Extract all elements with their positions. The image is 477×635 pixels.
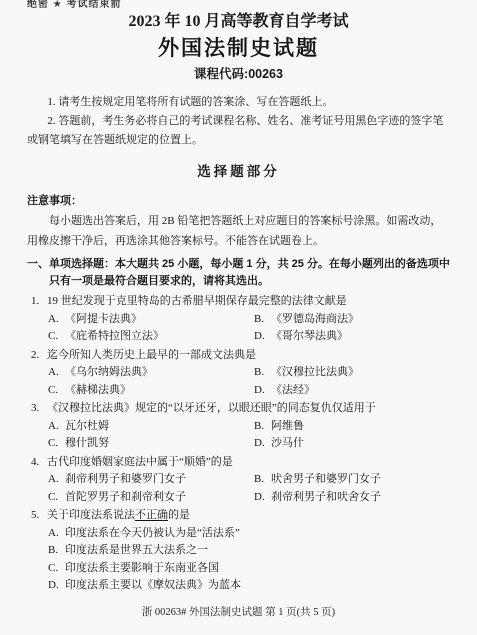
option-C: C.《赫梯法典》 — [48, 382, 254, 400]
option-C: C.穆什凯努 — [48, 435, 254, 453]
options: A.印度法系在今天仍被认为是“活法系”B.印度法系是世界五大法系之一C.印度法系… — [48, 525, 450, 595]
option-text: 首陀罗男子和刹帝利女子 — [65, 491, 186, 503]
options: A.瓦尔杜姆B.阿维鲁C.穆什凯努D.沙马什 — [48, 418, 450, 453]
option-text: 《庇希特拉图立法》 — [65, 330, 164, 342]
option-label: B. — [254, 418, 271, 436]
option-text: 《罗德岛海商法》 — [271, 313, 359, 325]
option-label: A. — [48, 311, 65, 329]
options: A.刹帝利男子和婆罗门女子B.吠舍男子和婆罗门女子C.首陀罗男子和刹帝利女子D.… — [48, 471, 450, 506]
option-text: 瓦尔杜姆 — [65, 420, 109, 432]
option-text: 《法经》 — [271, 384, 315, 396]
instruction-item-1: 1. 请考生按规定用笔将所有试题的答案涂、写在答题纸上。 — [27, 93, 450, 112]
option-label: B. — [254, 364, 271, 382]
stem-text: 不正确 — [135, 509, 168, 521]
question-stem: 2.迄今所知人类历史上最早的一部成文法典是 — [31, 347, 450, 365]
option-B: B.印度法系是世界五大法系之一 — [48, 542, 450, 560]
option-label: C. — [48, 560, 65, 578]
option-label: A. — [48, 364, 65, 382]
option-text: 刹帝利男子和吠舍女子 — [271, 491, 381, 503]
option-C: C.印度法系主要影响于东南亚各国 — [48, 560, 450, 578]
stem-text: 19 世纪发现于克里特岛的古希腊早期保存最完整的法律文献是 — [47, 295, 347, 307]
option-text: 阿维鲁 — [271, 420, 304, 432]
question-number: 3. — [31, 400, 47, 418]
option-B: B.吠舍男子和婆罗门女子 — [254, 471, 450, 489]
option-label: C. — [48, 328, 65, 346]
option-D: D.《法经》 — [254, 382, 450, 400]
option-A: A.刹帝利男子和婆罗门女子 — [48, 471, 254, 489]
option-text: 穆什凯努 — [65, 437, 109, 449]
question-3: 3.《汉穆拉比法典》规定的“以牙还牙，以眼还眼”的同态复仇仅适用于A.瓦尔杜姆B… — [31, 400, 450, 453]
question-4: 4.古代印度婚姻家庭法中属于“顺婚”的是A.刹帝利男子和婆罗门女子B.吠舍男子和… — [31, 454, 450, 507]
instruction-item-2: 2. 答题前，考生务必将自己的考试课程名称、姓名、准考证号用黑色字迹的签字笔或钢… — [27, 112, 450, 150]
option-label: D. — [254, 489, 271, 507]
option-B: B.阿维鲁 — [254, 418, 450, 436]
option-text: 刹帝利男子和婆罗门女子 — [65, 473, 186, 485]
question-stem: 1.19 世纪发现于克里特岛的古希腊早期保存最完整的法律文献是 — [31, 293, 450, 311]
section-number: 一、 — [27, 258, 49, 270]
stem-text: 迄今所知人类历史上最早的一部成文法典是 — [47, 349, 256, 361]
option-text: 印度法系主要以《摩奴法典》为蓝本 — [65, 579, 241, 591]
stem-text: 古代印度婚姻家庭法中属于“顺婚”的是 — [47, 456, 233, 468]
question-1: 1.19 世纪发现于克里特岛的古希腊早期保存最完整的法律文献是A.《阿提卡法典》… — [31, 293, 450, 346]
question-5: 5.关于印度法系说法不正确的是A.印度法系在今天仍被认为是“活法系”B.印度法系… — [31, 507, 450, 595]
course-code: 课程代码:00263 — [27, 66, 450, 82]
option-label: C. — [48, 382, 65, 400]
option-label: D. — [254, 435, 271, 453]
question-2: 2.迄今所知人类历史上最早的一部成文法典是A.《乌尔纳姆法典》B.《汉穆拉比法典… — [31, 347, 450, 400]
exam-title: 外国法制史试题 — [27, 35, 450, 63]
question-number: 1. — [31, 293, 47, 311]
option-text: 印度法系是世界五大法系之一 — [65, 544, 208, 556]
option-label: D. — [254, 382, 271, 400]
question-number: 5. — [31, 507, 47, 525]
exam-page: 绝密 ★ 考试结束前 2023 年 10 月高等教育自学考试 外国法制史试题 课… — [0, 0, 477, 635]
option-label: B. — [254, 471, 271, 489]
page-footer: 浙 00263# 外国法制史试题 第 1 页(共 5 页) — [0, 604, 477, 619]
option-A: A.瓦尔杜姆 — [48, 418, 254, 436]
option-label: D. — [48, 577, 65, 595]
option-text: 吠舍男子和婆罗门女子 — [271, 473, 381, 485]
option-label: A. — [48, 471, 65, 489]
exam-header: 2023 年 10 月高等教育自学考试 外国法制史试题 课程代码:00263 — [27, 0, 450, 82]
question-number: 4. — [31, 454, 47, 472]
option-C: C.《庇希特拉图立法》 — [48, 328, 254, 346]
option-text: 沙马什 — [271, 437, 304, 449]
part-title: 选择题部分 — [27, 163, 450, 181]
option-A: A.《乌尔纳姆法典》 — [48, 364, 254, 382]
option-label: A. — [48, 418, 65, 436]
notes-body: 每小题选出答案后，用 2B 铅笔把答题纸上对应题目的答案标号涂黑。如需改动，用橡… — [27, 212, 450, 251]
option-label: A. — [48, 525, 65, 543]
option-B: B.《罗德岛海商法》 — [254, 311, 450, 329]
option-text: 《赫梯法典》 — [65, 384, 131, 396]
option-D: D.刹帝利男子和吠舍女子 — [254, 489, 450, 507]
option-text: 《哥尔琴法典》 — [271, 330, 348, 342]
option-D: D.《哥尔琴法典》 — [254, 328, 450, 346]
section-header: 一、单项选择题：本大题共 25 小题，每小题 1 分，共 25 分。在每小题列出… — [27, 256, 450, 289]
questions-list: 1.19 世纪发现于克里特岛的古希腊早期保存最完整的法律文献是A.《阿提卡法典》… — [31, 293, 450, 595]
general-instructions: 1. 请考生按规定用笔将所有试题的答案涂、写在答题纸上。 2. 答题前，考生务必… — [27, 93, 450, 150]
question-stem: 5.关于印度法系说法不正确的是 — [31, 507, 450, 525]
option-text: 《阿提卡法典》 — [65, 313, 142, 325]
option-A: A.印度法系在今天仍被认为是“活法系” — [48, 525, 450, 543]
security-classification-label: 绝密 ★ 考试结束前 — [27, 0, 122, 10]
option-label: B. — [254, 311, 271, 329]
stem-text: 《汉穆拉比法典》规定的“以牙还牙，以眼还眼”的同态复仇仅适用于 — [47, 402, 376, 414]
stem-text: 的是 — [168, 509, 190, 521]
option-label: B. — [48, 542, 65, 560]
question-stem: 4.古代印度婚姻家庭法中属于“顺婚”的是 — [31, 454, 450, 472]
option-label: D. — [254, 328, 271, 346]
option-text: 《汉穆拉比法典》 — [271, 366, 359, 378]
options: A.《乌尔纳姆法典》B.《汉穆拉比法典》C.《赫梯法典》D.《法经》 — [48, 364, 450, 399]
option-B: B.《汉穆拉比法典》 — [254, 364, 450, 382]
option-label: C. — [48, 435, 65, 453]
option-text: 印度法系在今天仍被认为是“活法系” — [65, 527, 240, 539]
stem-text: 关于印度法系说法 — [47, 509, 135, 521]
notes-title: 注意事项： — [27, 192, 450, 210]
section-header-text: 单项选择题：本大题共 25 小题，每小题 1 分，共 25 分。在每小题列出的备… — [49, 258, 450, 287]
option-C: C.首陀罗男子和刹帝利女子 — [48, 489, 254, 507]
question-stem: 3.《汉穆拉比法典》规定的“以牙还牙，以眼还眼”的同态复仇仅适用于 — [31, 400, 450, 418]
option-A: A.《阿提卡法典》 — [48, 311, 254, 329]
question-number: 2. — [31, 347, 47, 365]
option-D: D.沙马什 — [254, 435, 450, 453]
option-text: 印度法系主要影响于东南亚各国 — [65, 562, 219, 574]
option-D: D.印度法系主要以《摩奴法典》为蓝本 — [48, 577, 450, 595]
options: A.《阿提卡法典》B.《罗德岛海商法》C.《庇希特拉图立法》D.《哥尔琴法典》 — [48, 311, 450, 346]
option-label: C. — [48, 489, 65, 507]
option-text: 《乌尔纳姆法典》 — [65, 366, 153, 378]
